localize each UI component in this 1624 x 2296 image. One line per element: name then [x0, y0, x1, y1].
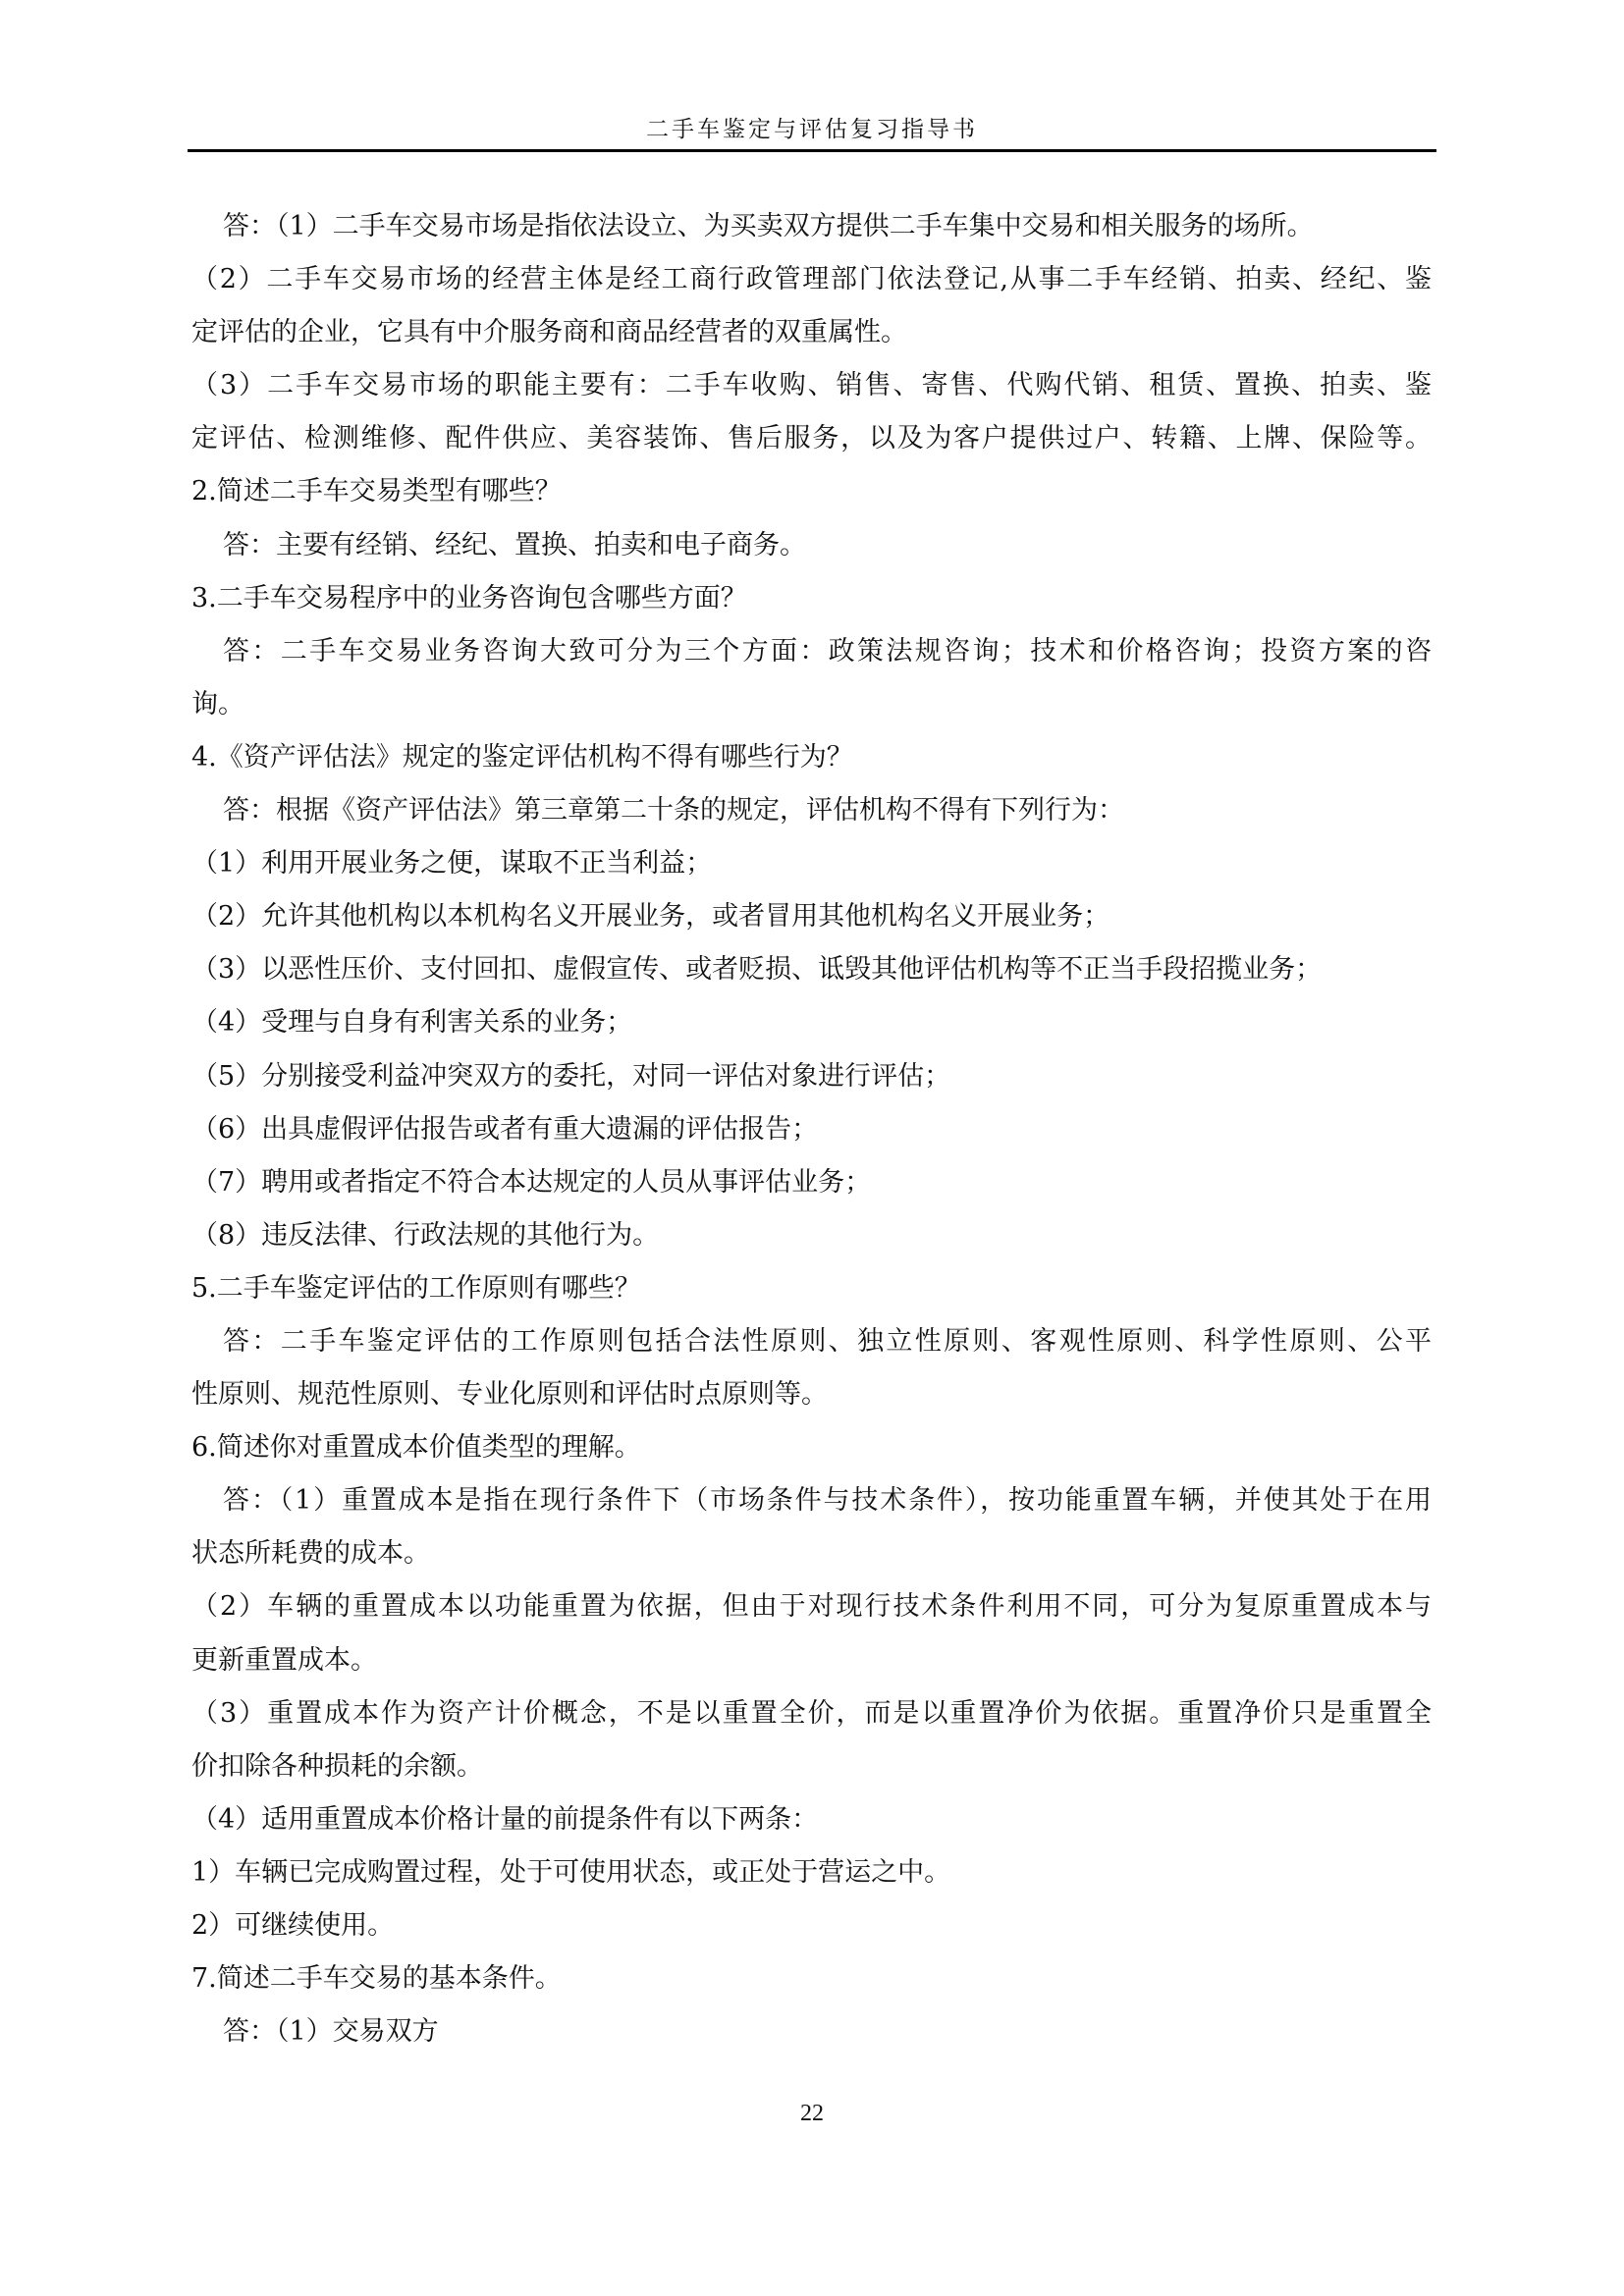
text-line: 2）可继续使用。: [191, 1899, 1432, 1952]
text-line: （6）出具虚假评估报告或者有重大遗漏的评估报告；: [191, 1103, 1432, 1156]
text-line: （3）以恶性压价、支付回扣、虚假宣传、或者贬损、诋毁其他评估机构等不正当手段招揽…: [191, 943, 1432, 996]
document-body: 答：（1）二手车交易市场是指依法设立、为买卖双方提供二手车集中交易和相关服务的场…: [191, 200, 1432, 2058]
text-line: （7）聘用或者指定不符合本达规定的人员从事评估业务；: [191, 1156, 1432, 1209]
text-line: 7.简述二手车交易的基本条件。: [191, 1952, 1432, 2005]
text-line: （5）分别接受利益冲突双方的委托，对同一评估对象进行评估；: [191, 1050, 1432, 1103]
text-line: 1）车辆已完成购置过程，处于可使用状态，或正处于营运之中。: [191, 1846, 1432, 1899]
text-line: （2）允许其他机构以本机构名义开展业务，或者冒用其他机构名义开展业务；: [191, 890, 1432, 943]
header-rule-divider: [188, 149, 1436, 152]
text-line: 更新重置成本。: [191, 1634, 1432, 1687]
text-line: 答：二手车鉴定评估的工作原则包括合法性原则、独立性原则、客观性原则、科学性原则、…: [191, 1315, 1432, 1368]
text-line: （3）二手车交易市场的职能主要有：二手车收购、销售、寄售、代购代销、租赁、置换、…: [191, 359, 1432, 412]
running-header-title: 二手车鉴定与评估复习指导书: [0, 116, 1624, 143]
text-line: 询。: [191, 678, 1432, 731]
text-line: 答：根据《资产评估法》第三章第二十条的规定，评估机构不得有下列行为：: [191, 784, 1432, 837]
text-line: （2）车辆的重置成本以功能重置为依据，但由于对现行技术条件利用不同，可分为复原重…: [191, 1580, 1432, 1633]
text-line: 定评估、检测维修、配件供应、美容装饰、售后服务，以及为客户提供过户、转籍、上牌、…: [191, 412, 1432, 465]
text-line: 答：（1）重置成本是指在现行条件下（市场条件与技术条件），按功能重置车辆，并使其…: [191, 1474, 1432, 1527]
text-line: 4.《资产评估法》规定的鉴定评估机构不得有哪些行为？: [191, 731, 1432, 784]
text-line: （1）利用开展业务之便，谋取不正当利益；: [191, 837, 1432, 890]
text-line: 答：（1）二手车交易市场是指依法设立、为买卖双方提供二手车集中交易和相关服务的场…: [191, 200, 1432, 253]
text-line: 2.简述二手车交易类型有哪些？: [191, 465, 1432, 518]
text-line: 答：（1）交易双方: [191, 2005, 1432, 2058]
text-line: 状态所耗费的成本。: [191, 1527, 1432, 1580]
text-line: （8）违反法律、行政法规的其他行为。: [191, 1209, 1432, 1262]
text-line: （3）重置成本作为资产计价概念，不是以重置全价，而是以重置净价为依据。重置净价只…: [191, 1687, 1432, 1740]
text-line: （4）适用重置成本价格计量的前提条件有以下两条：: [191, 1793, 1432, 1846]
text-line: 3.二手车交易程序中的业务咨询包含哪些方面？: [191, 572, 1432, 625]
text-line: 定评估的企业，它具有中介服务商和商品经营者的双重属性。: [191, 306, 1432, 359]
text-line: 6.简述你对重置成本价值类型的理解。: [191, 1421, 1432, 1474]
text-line: （4）受理与自身有利害关系的业务；: [191, 996, 1432, 1049]
text-line: 性原则、规范性原则、专业化原则和评估时点原则等。: [191, 1368, 1432, 1421]
text-line: 5.二手车鉴定评估的工作原则有哪些？: [191, 1262, 1432, 1315]
page-number: 22: [0, 2101, 1624, 2127]
text-line: 答：主要有经销、经纪、置换、拍卖和电子商务。: [191, 519, 1432, 572]
text-line: 价扣除各种损耗的余额。: [191, 1740, 1432, 1793]
text-line: 答：二手车交易业务咨询大致可分为三个方面：政策法规咨询；技术和价格咨询；投资方案…: [191, 625, 1432, 678]
text-line: （2）二手车交易市场的经营主体是经工商行政管理部门依法登记,从事二手车经销、拍卖…: [191, 253, 1432, 306]
